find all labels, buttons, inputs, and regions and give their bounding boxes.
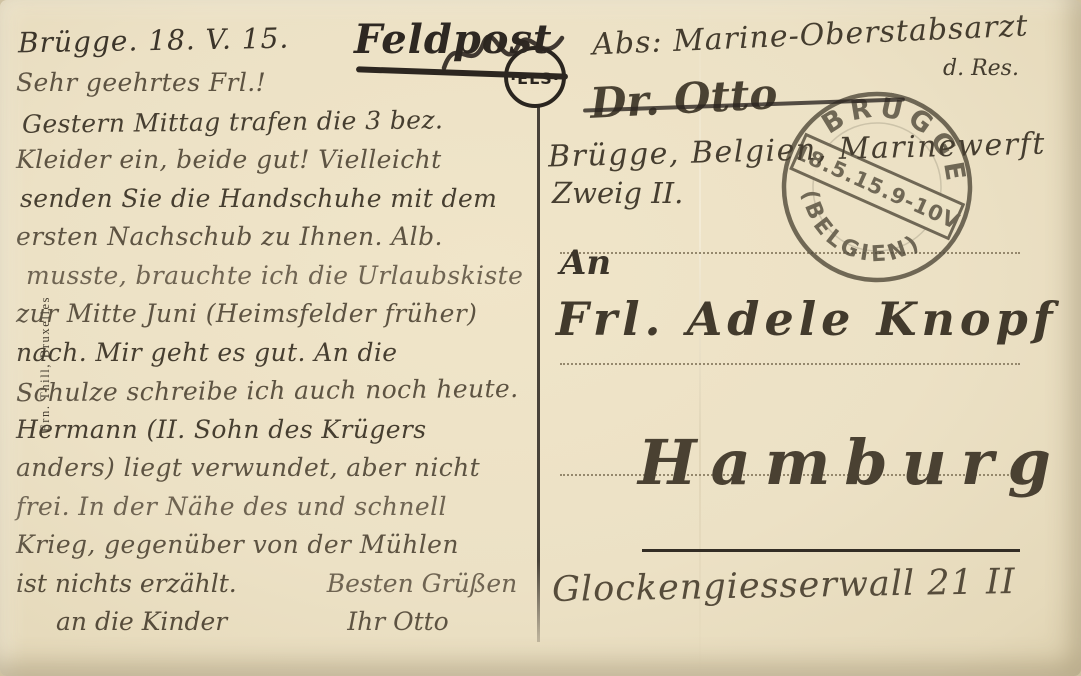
message-line: ist nichts erzählt.: [16, 565, 237, 604]
address-salutation: An: [560, 243, 611, 283]
address-dotted-line: [560, 363, 1020, 365]
message-block: Sehr geehrtes Frl.!Gestern Mittag trafen…: [16, 64, 536, 642]
handwritten-dateline: Brügge. 18. V. 15.: [18, 22, 290, 60]
message-line: Schulze schreibe ich auch noch heute.: [16, 370, 536, 413]
ink-scribble: [438, 24, 568, 84]
message-line: frei. In der Nähe des und schnell: [16, 488, 536, 527]
address-recipient: Frl. Adele Knopf: [556, 292, 1058, 346]
message-closing-row-2: an die Kinder Ihr Otto: [16, 603, 536, 642]
message-line: musste, brauchte ich die Urlaubskiste: [26, 257, 536, 296]
message-lines: Sehr geehrtes Frl.!Gestern Mittag trafen…: [16, 64, 536, 565]
message-line: Gestern Mittag trafen die 3 bez.: [22, 100, 536, 144]
message-line: Krieg, gegenüber von der Mühlen: [16, 526, 536, 565]
message-line: Hermann (II. Sohn des Krügers: [16, 411, 536, 450]
closing-greeting: Besten Grüßen: [327, 565, 518, 604]
message-line: zur Mitte Juni (Heimsfelder früher): [16, 295, 536, 334]
postcard: Ern. Thill, Bruxelles ·ELS· BRÜGGE (BELG…: [0, 0, 1081, 676]
address-street: Glockengiesserwall 21 II: [552, 562, 1016, 610]
city-underline-stroke: [642, 549, 1020, 552]
sender-line-1: Abs: Marine-Oberstabsarzt: [591, 8, 1029, 62]
sender-line-2: d. Res.: [943, 56, 1019, 81]
message-line: senden Sie die Handschuhe mit dem: [20, 180, 536, 219]
message-line: Kleider ein, beide gut! Vielleicht: [16, 141, 536, 180]
sender-line-4: Zweig II.: [552, 176, 683, 210]
postmark-stamp: BRÜGGE (BELGIEN) 18.5.15.9-10V: [745, 55, 1009, 319]
message-line: nach. Mir geht es gut. An die: [16, 334, 536, 373]
message-closing-row-1: ist nichts erzählt. Besten Grüßen: [16, 565, 536, 604]
closing-signature: Ihr Otto: [347, 603, 449, 642]
message-line: an die Kinder: [56, 603, 227, 642]
postcard-scan: { "postcard": { "colors": { "paper": "#e…: [0, 0, 1081, 676]
center-divider-line: [537, 104, 540, 642]
address-city: Hamburg: [638, 426, 1065, 499]
message-line: anders) liegt verwundet, aber nicht: [16, 449, 536, 488]
sender-signature: Dr. Otto: [589, 69, 779, 128]
message-line: ersten Nachschub zu Ihnen. Alb.: [16, 218, 536, 257]
